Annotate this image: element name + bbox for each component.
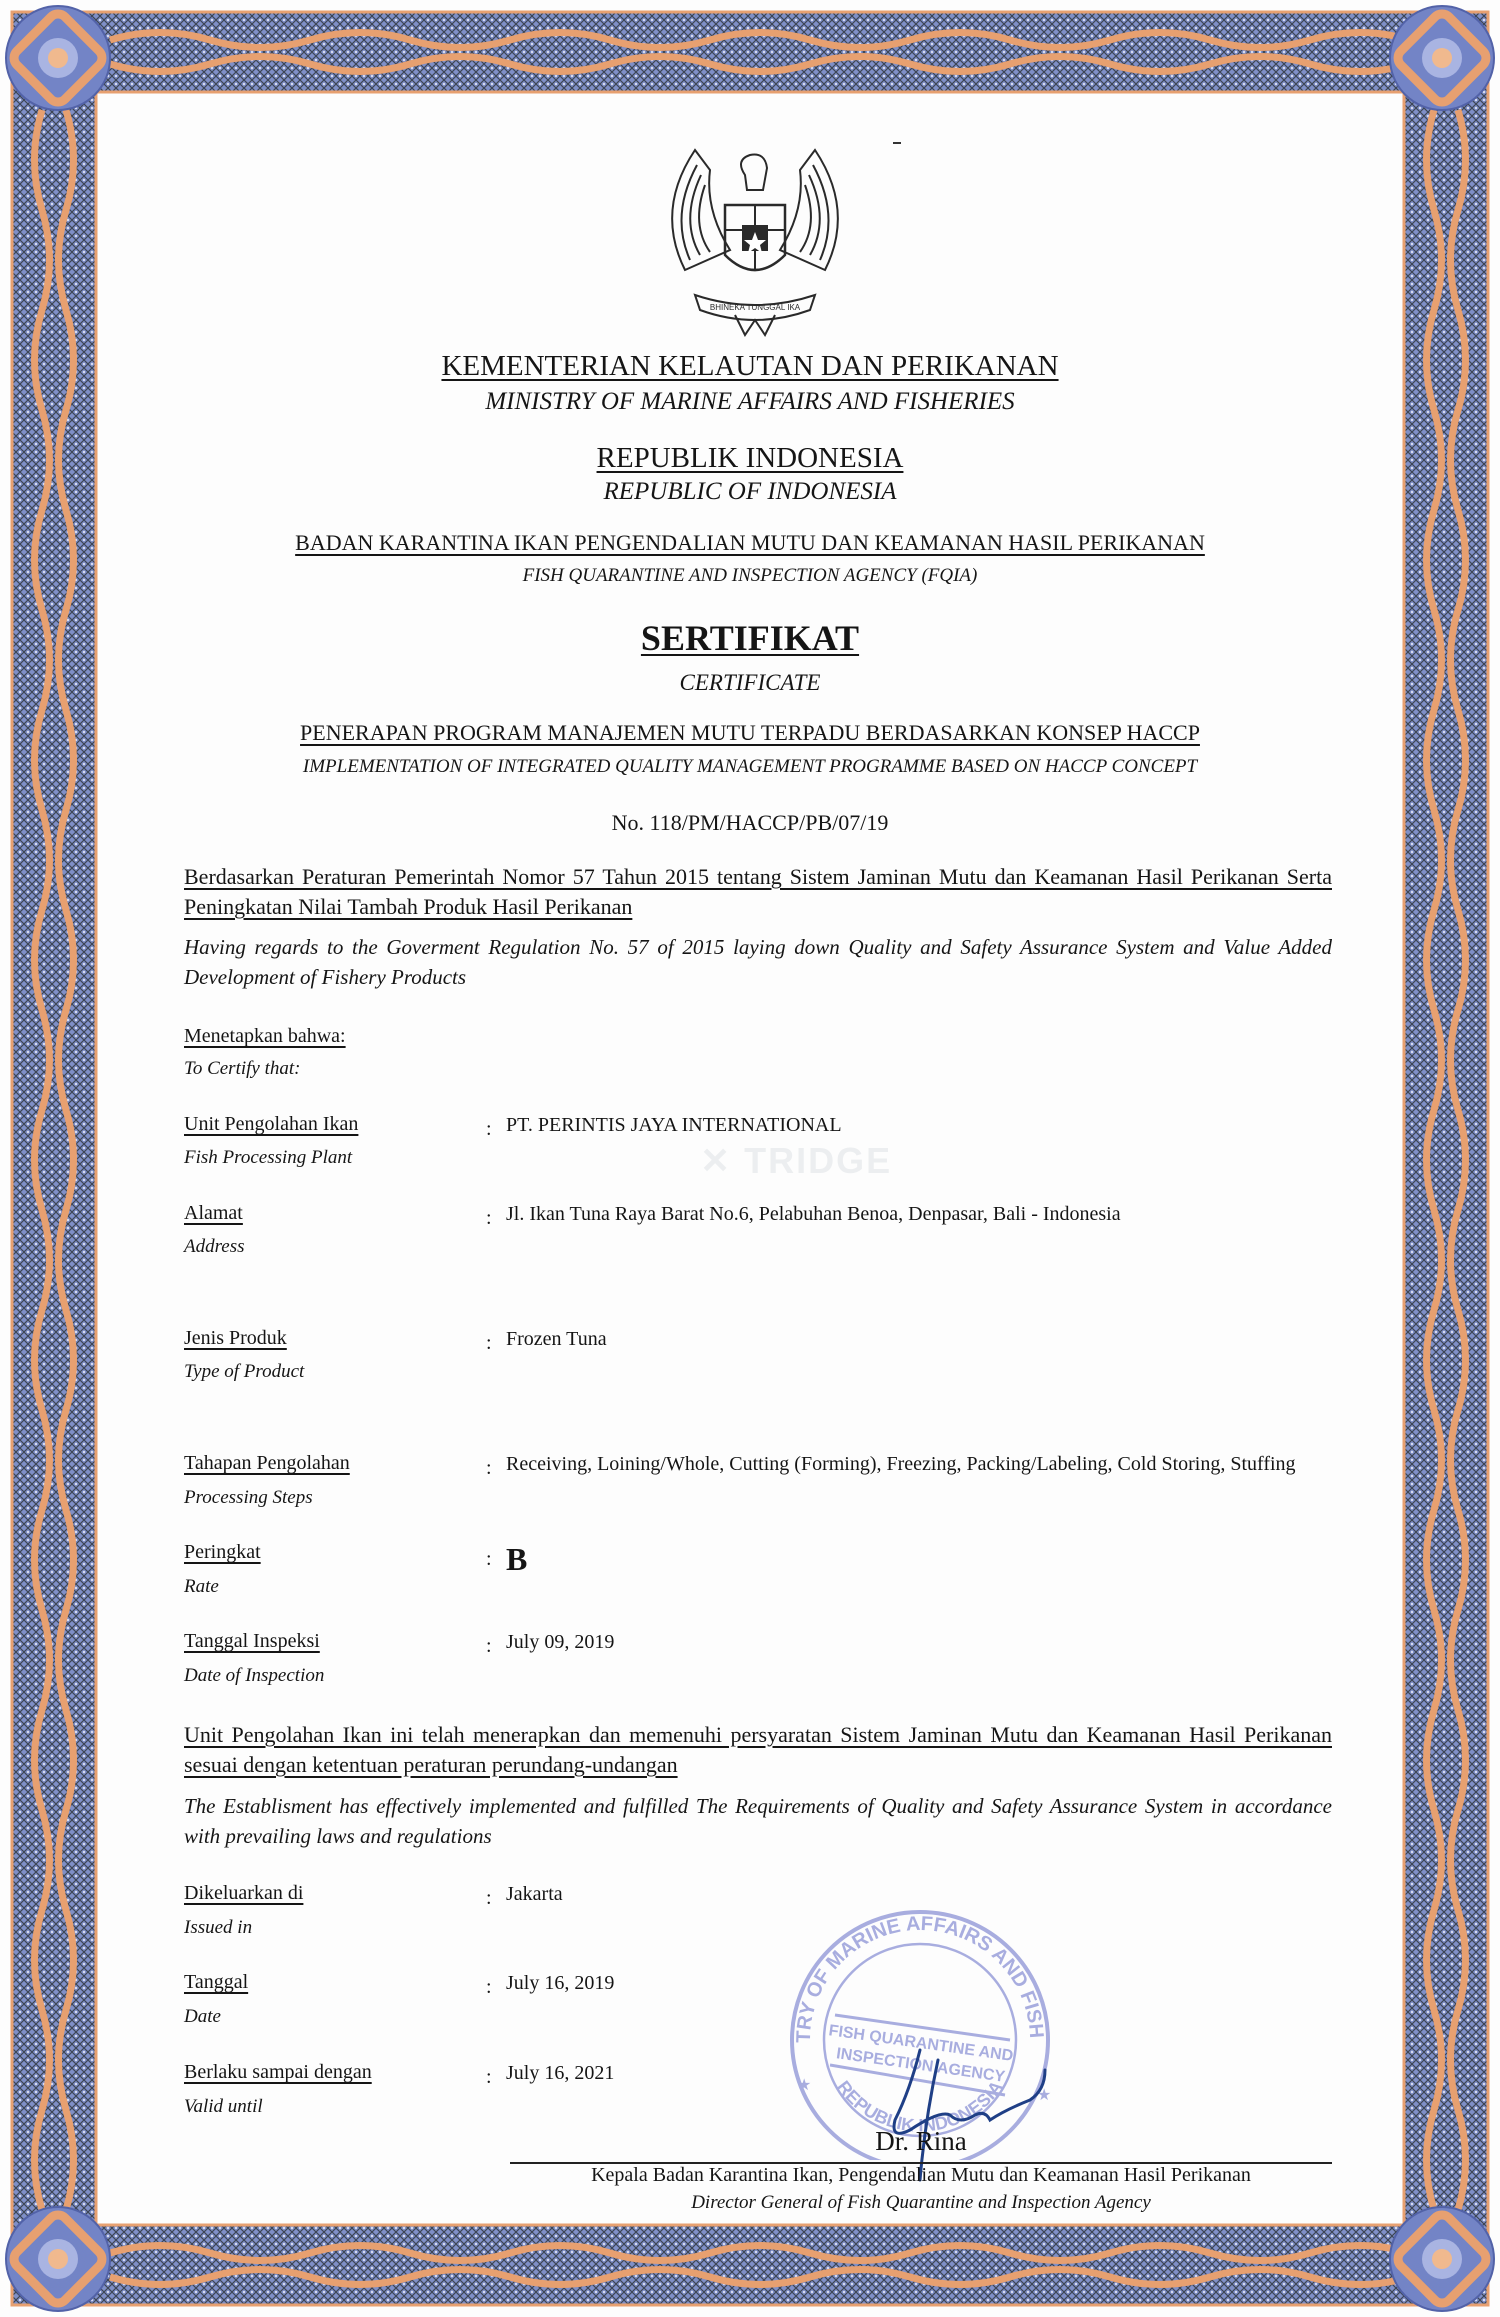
valid-until-label-en: Valid until — [184, 2096, 263, 2118]
valid-until-label: Berlaku sampai dengan — [184, 2061, 372, 2084]
ministry-name-id: KEMENTERIAN KELAUTAN DAN PERIKANAN — [0, 350, 1500, 383]
issued-in-label-en: Issued in — [184, 1917, 252, 1939]
program-title-id: PENERAPAN PROGRAM MANAJEMEN MUTU TERPADU… — [0, 720, 1500, 746]
field-colon: : — [486, 1332, 492, 1355]
statement-text-id: Unit Pengolahan Ikan ini telah menerapka… — [184, 1720, 1332, 1780]
valid-until-value: July 16, 2021 — [506, 2061, 806, 2086]
certificate-title-en: CERTIFICATE — [0, 670, 1500, 696]
garuda-emblem-icon: BHINEKA TUNGGAL IKA — [655, 130, 855, 340]
statement-text-en: The Establisment has effectively impleme… — [184, 1791, 1332, 1851]
field-value-inspection-date: July 09, 2019 — [506, 1630, 1332, 1655]
certify-label-id: Menetapkan bahwa: — [184, 1025, 346, 1048]
ministry-name-en: MINISTRY OF MARINE AFFAIRS AND FISHERIES — [0, 388, 1500, 416]
field-label-inspection-date: Tanggal Inspeksi — [184, 1630, 320, 1653]
certificate-number: No. 118/PM/HACCP/PB/07/19 — [0, 810, 1500, 836]
regulation-text-en: Having regards to the Goverment Regulati… — [184, 932, 1332, 992]
field-label-inspection-date-en: Date of Inspection — [184, 1665, 324, 1687]
field-colon: : — [486, 1887, 492, 1910]
field-colon: : — [486, 1635, 492, 1658]
svg-text:★: ★ — [797, 2077, 811, 2094]
field-colon: : — [486, 2066, 492, 2089]
field-label-address-en: Address — [184, 1236, 245, 1258]
field-label-steps: Tahapan Pengolahan — [184, 1452, 350, 1475]
field-label-product-en: Type of Product — [184, 1361, 304, 1383]
issued-in-value: Jakarta — [506, 1882, 806, 1907]
field-value-steps: Receiving, Loining/Whole, Cutting (Formi… — [506, 1452, 1332, 1477]
field-label-product: Jenis Produk — [184, 1327, 287, 1350]
field-label-plant: Unit Pengolahan Ikan — [184, 1113, 358, 1136]
field-label-rate: Peringkat — [184, 1541, 261, 1564]
certificate-title-id: SERTIFIKAT — [0, 617, 1500, 659]
field-colon: : — [486, 1548, 492, 1571]
field-colon: : — [486, 1118, 492, 1141]
program-title-en: IMPLEMENTATION OF INTEGRATED QUALITY MAN… — [0, 756, 1500, 778]
emblem-dash — [893, 142, 901, 144]
issue-date-label-en: Date — [184, 2006, 221, 2028]
field-value-rate: B — [506, 1541, 527, 1578]
agency-name-id: BADAN KARANTINA IKAN PENGENDALIAN MUTU D… — [0, 530, 1500, 556]
signer-title-en: Director General of Fish Quarantine and … — [510, 2192, 1332, 2214]
field-label-steps-en: Processing Steps — [184, 1487, 313, 1509]
field-label-plant-en: Fish Processing Plant — [184, 1147, 352, 1169]
field-colon: : — [486, 1976, 492, 1999]
field-label-address: Alamat — [184, 1202, 243, 1225]
field-value-plant: PT. PERINTIS JAYA INTERNATIONAL — [506, 1113, 1332, 1138]
republic-name-id: REPUBLIK INDONESIA — [0, 442, 1500, 475]
signer-name: Dr. Rina — [510, 2126, 1332, 2157]
field-value-address: Jl. Ikan Tuna Raya Barat No.6, Pelabuhan… — [506, 1202, 1332, 1227]
issue-date-value: July 16, 2019 — [506, 1971, 806, 1996]
field-value-product: Frozen Tuna — [506, 1327, 1332, 1352]
field-colon: : — [486, 1207, 492, 1230]
signer-title-id: Kepala Badan Karantina Ikan, Pengendalia… — [510, 2164, 1332, 2187]
svg-text:MINISTRY OF MARINE AFFAIRS AND: MINISTRY OF MARINE AFFAIRS AND FISHERIES — [775, 1900, 1047, 2043]
svg-text:BHINEKA TUNGGAL IKA: BHINEKA TUNGGAL IKA — [710, 303, 801, 312]
issue-date-label: Tanggal — [184, 1971, 248, 1994]
republic-name-en: REPUBLIC OF INDONESIA — [0, 478, 1500, 506]
field-label-rate-en: Rate — [184, 1576, 219, 1598]
tridge-watermark: ✕ TRIDGE — [700, 1140, 892, 1182]
field-colon: : — [486, 1457, 492, 1480]
agency-name-en: FISH QUARANTINE AND INSPECTION AGENCY (F… — [0, 565, 1500, 587]
regulation-text-id: Berdasarkan Peraturan Pemerintah Nomor 5… — [184, 862, 1332, 922]
issued-in-label: Dikeluarkan di — [184, 1882, 303, 1905]
certify-label-en: To Certify that: — [184, 1058, 300, 1080]
